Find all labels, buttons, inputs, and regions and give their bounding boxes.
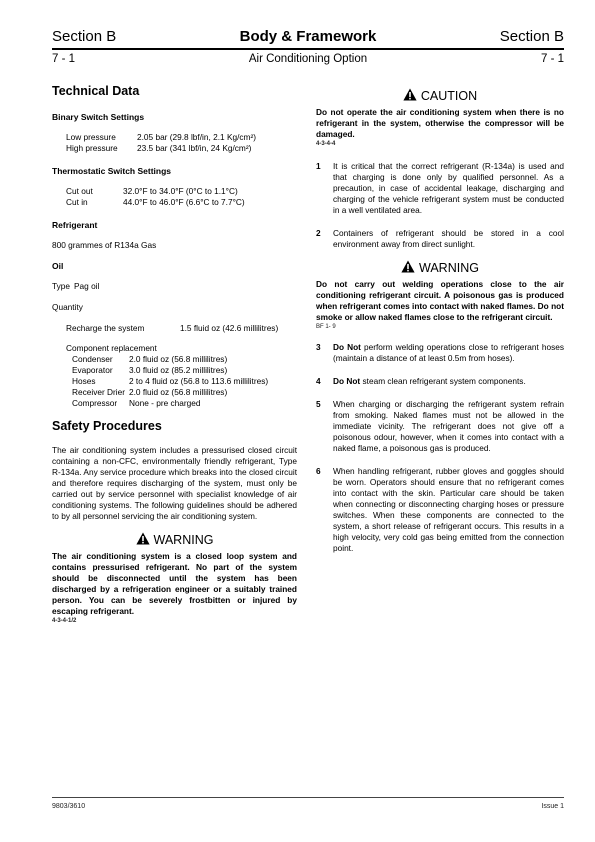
warning-body: Do not carry out welding operations clos… <box>316 279 564 323</box>
thermostatic-switch-table: Cut out 32.0°F to 34.0°F (0°C to 1.1°C) … <box>52 186 297 208</box>
oil-type-row: Type Pag oil <box>52 281 297 292</box>
component-value: None - pre charged <box>129 398 201 409</box>
spec-label: Low pressure <box>66 132 137 143</box>
list-item: 4 Do Not steam clean refrigerant system … <box>316 376 564 387</box>
component-row: Condenser 2.0 fluid oz (56.8 millilitres… <box>72 354 297 365</box>
spec-label: Cut in <box>66 197 123 208</box>
list-item: 6 When handling refrigerant, rubber glov… <box>316 466 564 554</box>
recharge-value: 1.5 fluid oz (42.6 millilitres) <box>180 323 278 334</box>
list-item-text: It is critical that the correct refriger… <box>333 161 564 216</box>
spec-value: 44.0°F to 46.0°F (6.6°C to 7.7°C) <box>123 197 245 208</box>
safety-procedures-heading: Safety Procedures <box>52 419 297 434</box>
refrigerant-text: 800 grammes of R134a Gas <box>52 240 297 251</box>
component-value: 3.0 fluid oz (85.2 millilitres) <box>129 365 227 376</box>
list-item-emphasis: Do Not <box>333 376 360 386</box>
component-label: Receiver Drier <box>72 387 129 398</box>
oil-heading: Oil <box>52 261 297 272</box>
list-item-number: 6 <box>316 466 333 554</box>
spec-label: Cut out <box>66 186 123 197</box>
issue-label: Issue 1 <box>541 803 564 810</box>
warning-triangle-icon <box>401 260 415 277</box>
section-label-right: Section B <box>500 28 564 45</box>
spec-value: 32.0°F to 34.0°F (0°C to 1.1°C) <box>123 186 238 197</box>
component-table: Condenser 2.0 fluid oz (56.8 millilitres… <box>66 354 297 409</box>
component-row: Hoses 2 to 4 fluid oz (56.8 to 113.6 mil… <box>72 376 297 387</box>
list-item-number: 3 <box>316 342 333 364</box>
warning-title: WARNING <box>419 261 479 275</box>
component-label: Compressor <box>72 398 129 409</box>
warning-block-1: WARNING The air conditioning system is a… <box>52 532 297 626</box>
binary-switch-heading: Binary Switch Settings <box>52 112 297 123</box>
thermostatic-switch-heading: Thermostatic Switch Settings <box>52 166 297 177</box>
document-number: 9803/3610 <box>52 803 85 810</box>
recharge-label: Recharge the system <box>66 323 180 334</box>
list-item-text: When handling refrigerant, rubber gloves… <box>333 466 564 554</box>
list-item-text: Containers of refrigerant should be stor… <box>333 228 564 250</box>
warning-reference: 4-3-4-1/2 <box>52 617 297 626</box>
refrigerant-heading: Refrigerant <box>52 220 297 231</box>
component-value: 2 to 4 fluid oz (56.8 to 113.6 millilitr… <box>129 376 268 387</box>
caution-title: CAUTION <box>421 89 477 103</box>
warning-title-row: WARNING <box>52 532 297 549</box>
page-number-right: 7 - 1 <box>541 53 564 65</box>
list-item-number: 4 <box>316 376 333 387</box>
oil-type-value: Pag oil <box>74 281 99 292</box>
caution-block: CAUTION Do not operate the air condition… <box>316 88 564 149</box>
page-header: Section B Body & Framework Section B <box>52 28 564 48</box>
spec-row: Cut out 32.0°F to 34.0°F (0°C to 1.1°C) <box>66 186 297 197</box>
warning-block-2: WARNING Do not carry out welding operati… <box>316 260 564 332</box>
warning-title-row: WARNING <box>316 260 564 277</box>
warning-triangle-icon <box>136 532 150 549</box>
spec-row: High pressure 23.5 bar (341 lbf/in, 24 K… <box>66 143 297 154</box>
component-row: Evaporator 3.0 fluid oz (85.2 millilitre… <box>72 365 297 376</box>
left-column: Technical Data Binary Switch Settings Lo… <box>52 84 297 626</box>
list-item-number: 1 <box>316 161 333 216</box>
component-replacement-heading: Component replacement <box>66 343 297 354</box>
component-replacement: Component replacement Condenser 2.0 flui… <box>52 343 297 409</box>
technical-data-heading: Technical Data <box>52 84 297 99</box>
page-subtitle: Air Conditioning Option <box>52 53 564 65</box>
component-value: 2.0 fluid oz (56.8 millilitres) <box>129 387 227 398</box>
list-item-number: 2 <box>316 228 333 250</box>
list-item-text: When charging or discharging the refrige… <box>333 399 564 454</box>
binary-switch-table: Low pressure 2.05 bar (29.8 lbf/in, 2.1 … <box>52 132 297 154</box>
component-label: Hoses <box>72 376 129 387</box>
component-label: Condenser <box>72 354 129 365</box>
page-title: Body & Framework <box>52 28 564 45</box>
list-item-text: Do Not steam clean refrigerant system co… <box>333 376 564 387</box>
list-item: 1 It is critical that the correct refrig… <box>316 161 564 216</box>
spec-row: Low pressure 2.05 bar (29.8 lbf/in, 2.1 … <box>66 132 297 143</box>
list-item: 2 Containers of refrigerant should be st… <box>316 228 564 250</box>
caution-title-row: CAUTION <box>316 88 564 105</box>
warning-title: WARNING <box>154 533 214 547</box>
footer-rule <box>52 797 564 798</box>
warning-triangle-icon <box>403 88 417 105</box>
list-item-text: Do Not perform welding operations close … <box>333 342 564 364</box>
safety-intro: The air conditioning system includes a p… <box>52 445 297 522</box>
recharge-row: Recharge the system 1.5 fluid oz (42.6 m… <box>52 323 297 334</box>
oil-type-label: Type <box>52 281 74 292</box>
caution-body: Do not operate the air conditioning syst… <box>316 107 564 140</box>
spec-label: High pressure <box>66 143 137 154</box>
component-label: Evaporator <box>72 365 129 376</box>
page-subheader: 7 - 1 Air Conditioning Option 7 - 1 <box>52 53 564 67</box>
list-item-body: steam clean refrigerant system component… <box>360 376 526 386</box>
caution-reference: 4-3-4-4 <box>316 140 564 149</box>
list-item-number: 5 <box>316 399 333 454</box>
component-row: Receiver Drier 2.0 fluid oz (56.8 millil… <box>72 387 297 398</box>
header-rule <box>52 48 564 50</box>
spec-value: 2.05 bar (29.8 lbf/in, 2.1 Kg/cm²) <box>137 132 256 143</box>
list-item-emphasis: Do Not <box>333 342 361 352</box>
warning-reference: BF 1- 9 <box>316 323 564 332</box>
spec-value: 23.5 bar (341 lbf/in, 24 Kg/cm²) <box>137 143 251 154</box>
list-item: 3 Do Not perform welding operations clos… <box>316 342 564 364</box>
list-item-body: perform welding operations close to refr… <box>333 342 564 363</box>
component-row: Compressor None - pre charged <box>72 398 297 409</box>
spec-row: Cut in 44.0°F to 46.0°F (6.6°C to 7.7°C) <box>66 197 297 208</box>
right-column: CAUTION Do not operate the air condition… <box>316 88 564 554</box>
component-value: 2.0 fluid oz (56.8 millilitres) <box>129 354 227 365</box>
warning-body: The air conditioning system is a closed … <box>52 551 297 617</box>
list-item: 5 When charging or discharging the refri… <box>316 399 564 454</box>
oil-quantity-label: Quantity <box>52 302 297 313</box>
